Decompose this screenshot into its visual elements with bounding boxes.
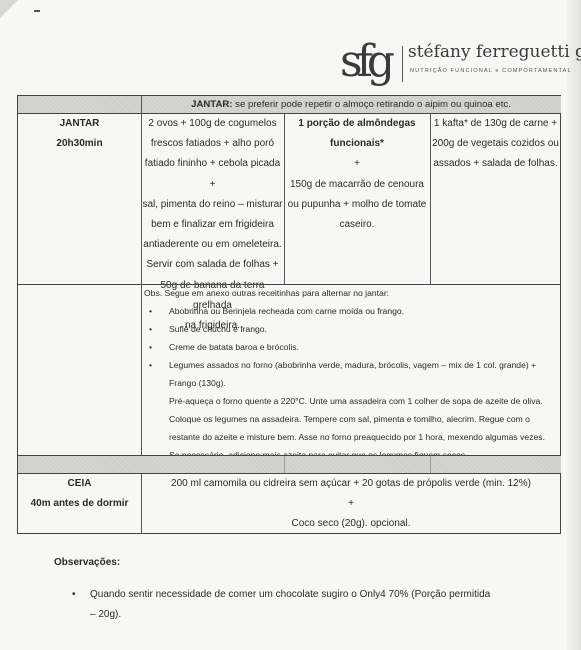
observation-text: Quando sentir necessidade de comer um ch… (72, 585, 492, 625)
ceia-option: 200 ml camomila ou cidreira sem açúcar +… (141, 474, 561, 535)
recipe-item: Suflê de chuchu e frango. (144, 320, 559, 338)
option-line: fatiado fininho + cebola picada + (141, 154, 284, 194)
option-line: caseiro. (284, 215, 430, 235)
bullet-icon: • (72, 585, 76, 605)
dinner-header-note: se preferir pode repetir o almoço retira… (233, 99, 511, 110)
recipe-line: restante do azeite e misture bem. Asse n… (169, 428, 559, 446)
scan-mark (34, 10, 40, 12)
option-line: ou pupunha + molho de tomate (284, 195, 430, 215)
jantar-option-2: 1 porção de almôndegasfuncionais*+150g d… (284, 114, 430, 235)
column-divider (430, 113, 431, 284)
option-line: antiaderente ou em omeleteira. (141, 235, 284, 255)
option-title-line: 1 porção de almôndegas (284, 114, 430, 134)
recipe-instructions: Pré-aqueça o forno quente a 220°C. Unte … (144, 392, 559, 464)
recipe-item: Abobrinha ou Berinjela recheada com carn… (144, 302, 559, 320)
brand-tagline: NUTRIÇÃO FUNCIONAL e COMPORTAMENTAL (410, 68, 572, 74)
jantar-label: JANTAR (18, 114, 141, 134)
option-line: + (284, 154, 430, 174)
meal-plan-table: JANTAR: se preferir pode repetir o almoç… (17, 95, 561, 534)
column-divider (284, 113, 285, 284)
ceia-line: + (141, 494, 561, 514)
recipes-list: Abobrinha ou Berinjela recheada com carn… (144, 302, 559, 392)
option-title-line: funcionais* (284, 134, 430, 154)
option-line: 200g de vegetais cozidos ou (430, 134, 561, 154)
brand-name: stéfany ferreguetti gava (408, 42, 581, 62)
option-line: 2 ovos + 100g de cogumelos (141, 114, 284, 134)
dinner-recipes-note: Obs. Segue em anexo outras receitinhas p… (144, 284, 559, 464)
recipes-intro: Obs. Segue em anexo outras receitinhas p… (144, 284, 559, 302)
option-line: sal, pimenta do reino – misturar (141, 195, 284, 215)
column-divider (284, 456, 285, 473)
page-corner-fold (0, 0, 18, 18)
option-line: 150g de macarrão de cenoura (284, 175, 430, 195)
option-line: bem e finalizar em frigideira (141, 215, 284, 235)
recipe-line: Coloque os legumes na assadeira. Tempere… (169, 410, 559, 428)
spacer-row-shade (18, 456, 561, 473)
recipe-item: Creme de batata baroa e brócolis. (144, 338, 559, 356)
ceia-label: CEIA (18, 474, 141, 494)
recipe-line: Pré-aqueça o forno quente a 220°C. Unte … (169, 392, 559, 410)
ceia-meal-cell: CEIA 40m antes de dormir (18, 474, 141, 514)
dinner-header-label: JANTAR: (191, 99, 232, 110)
dinner-header: JANTAR: se preferir pode repetir o almoç… (141, 96, 561, 113)
jantar-time: 20h30min (18, 134, 141, 154)
option-line: frescos fatiados + alho poró (141, 134, 284, 154)
option-line: 1 kafta* de 130g de carne + (430, 114, 561, 134)
logo-divider (402, 46, 403, 82)
recipe-item: Legumes assados no forno (abobrinha verd… (144, 356, 559, 392)
option-line: Servir com salada de folhas + (141, 255, 284, 275)
ceia-line: 200 ml camomila ou cidreira sem açúcar +… (141, 474, 561, 494)
jantar-option-3: 1 kafta* de 130g de carne +200g de veget… (430, 114, 561, 175)
jantar-meal-cell: JANTAR 20h30min (18, 114, 141, 154)
column-divider (430, 456, 431, 473)
brand-monogram: sfg (340, 36, 389, 88)
observation-item: • Quando sentir necessidade de comer um … (72, 585, 492, 625)
ceia-time: 40m antes de dormir (18, 494, 141, 514)
observations-title: Observações: (54, 557, 120, 568)
brand-logo: sfg stéfany ferreguetti gava NUTRIÇÃO FU… (340, 36, 570, 92)
option-line: assados + salada de folhas. (430, 154, 561, 174)
page-edge-shadow (567, 0, 581, 650)
ceia-line: Coco seco (20g). opcional. (141, 514, 561, 534)
header-left-shade (18, 96, 141, 113)
